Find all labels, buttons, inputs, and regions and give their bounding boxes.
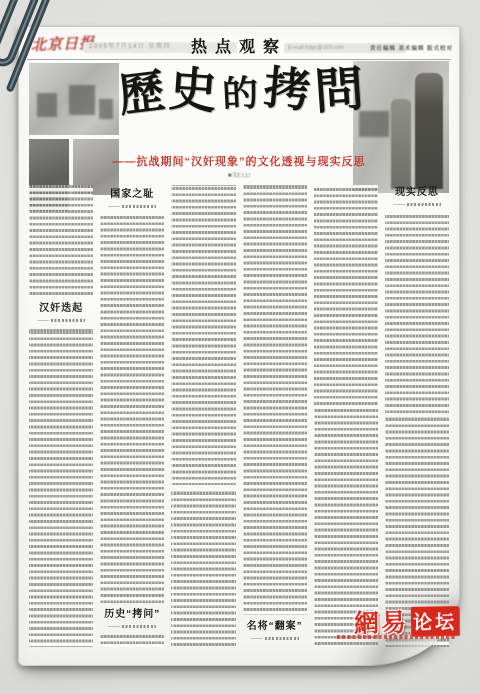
section-subtitle-bar xyxy=(407,203,441,206)
header-rule xyxy=(27,59,451,60)
section-subtitle-bar xyxy=(265,637,299,640)
article-subtitle: ——抗战期间“汉奸现象”的文化透视与现实反思 xyxy=(19,153,459,169)
title-char: 歷 xyxy=(116,67,167,118)
watermark-subtext xyxy=(337,635,455,639)
body-text-block xyxy=(171,185,235,485)
section-title: 名将“翻案” xyxy=(243,621,307,633)
body-text-block xyxy=(243,185,307,615)
section-heading-fansi: 现实反思 —— xyxy=(385,185,449,209)
body-text-block xyxy=(29,185,93,297)
title-char: 的 xyxy=(221,75,259,123)
section-title: 历史“拷问” xyxy=(100,609,164,621)
masthead-photo-left xyxy=(29,63,119,135)
article-byline: ■文/□□□ xyxy=(19,170,459,179)
text-column-6: 现实反思 —— xyxy=(385,185,449,647)
section-title: 现实反思 xyxy=(385,187,449,199)
text-column-3 xyxy=(171,185,235,647)
text-column-5 xyxy=(314,185,378,647)
section-subtitle-dash: —— xyxy=(37,318,49,324)
section-subtitle-dash: —— xyxy=(251,636,263,642)
body-text-block xyxy=(100,635,164,647)
watermark-text-block: 论坛 xyxy=(411,606,460,636)
body-text-block xyxy=(314,185,378,405)
body-text-block xyxy=(100,215,164,603)
section-subtitle-dash: —— xyxy=(108,624,120,630)
newspaper-page: 北京日报 2005年7月14日 星期四 热点观察 E-mail:hdgc@163… xyxy=(18,26,460,666)
section-title: 国家之耻 xyxy=(100,189,164,201)
section-subtitle-bar xyxy=(122,205,156,208)
section-heading-kaowen: 历史“拷问” —— xyxy=(100,607,164,631)
text-column-2: 国家之耻 —— 历史“拷问” —— xyxy=(100,185,164,647)
staff-line: 责任编辑 美术编辑 版式校对 xyxy=(370,44,453,52)
title-char: 拷 xyxy=(262,64,312,114)
section-subtitle-bar xyxy=(122,625,156,628)
body-text-block xyxy=(171,489,235,647)
text-column-4: 名将“翻案” —— xyxy=(243,185,307,647)
body-text-block xyxy=(385,213,449,413)
section-subtitle-bar xyxy=(51,319,85,322)
section-title: 汉奸迭起 xyxy=(29,303,93,315)
photo-background: 北京日报 2005年7月14日 星期四 热点观察 E-mail:hdgc@163… xyxy=(0,0,480,694)
section-subtitle-dash: —— xyxy=(393,202,405,208)
section-heading-hanjian: 汉奸迭起 —— xyxy=(29,301,93,325)
section-heading-guochi: 国家之耻 —— xyxy=(100,187,164,211)
title-char: 問 xyxy=(313,64,365,116)
page-title: 歷 史 的 拷 問 xyxy=(111,67,369,113)
title-char: 史 xyxy=(167,64,218,115)
section-heading-fanan: 名将“翻案” —— xyxy=(243,619,307,643)
section-subtitle-dash: —— xyxy=(108,204,120,210)
article-body: 汉奸迭起 —— 国家之耻 —— 历史“拷问” —— xyxy=(29,185,449,647)
text-column-1: 汉奸迭起 —— xyxy=(29,185,93,647)
body-text-block xyxy=(29,329,93,647)
